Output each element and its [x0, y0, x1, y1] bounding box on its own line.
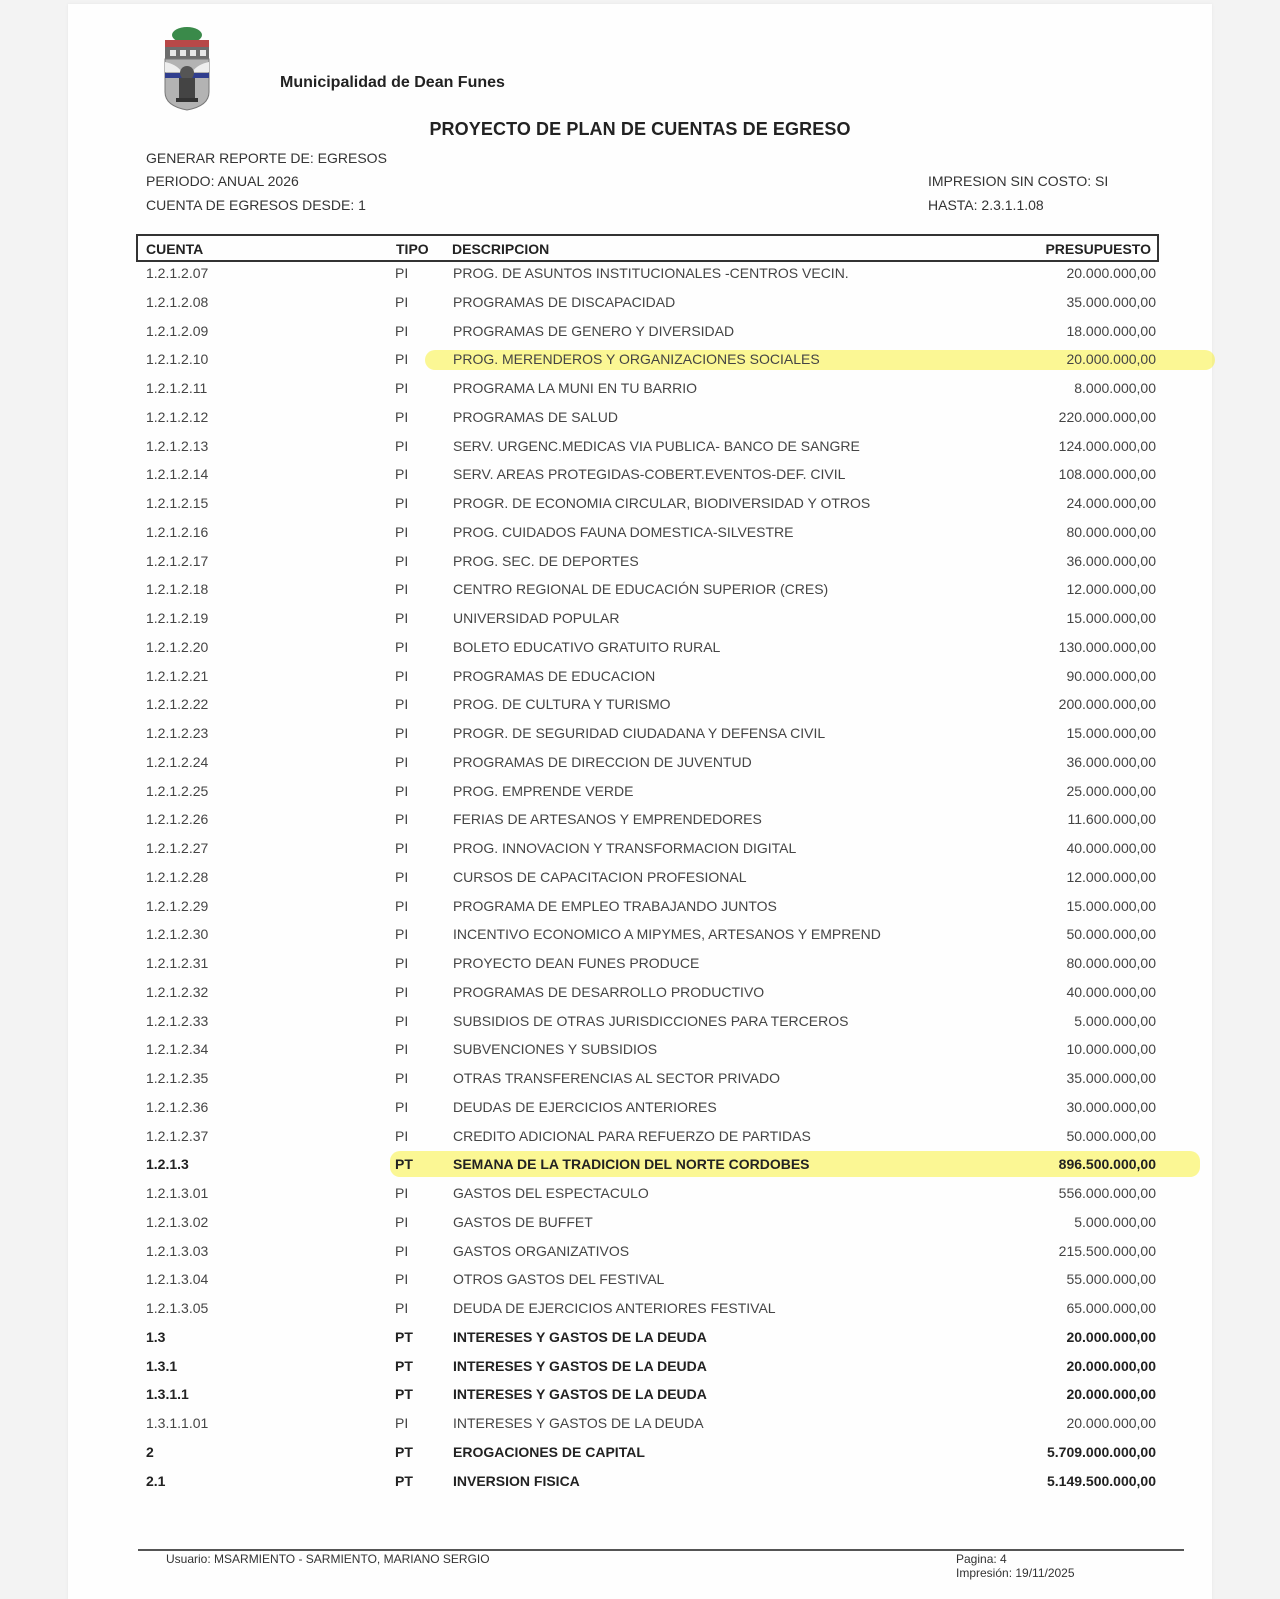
cell-presupuesto: 65.000.000,00 [1066, 1300, 1156, 1316]
cell-descripcion: PROGRAMAS DE GENERO Y DIVERSIDAD [453, 323, 734, 339]
cell-descripcion: PROG. EMPRENDE VERDE [453, 783, 633, 799]
table-row: 1.2.1.3.03PIGASTOS ORGANIZATIVOS215.500.… [0, 1240, 1280, 1269]
cell-cuenta: 1.2.1.2.35 [146, 1070, 208, 1086]
cell-tipo: PI [395, 1041, 408, 1057]
cell-tipo: PI [395, 984, 408, 1000]
cell-descripcion: INTERESES Y GASTOS DE LA DEUDA [453, 1358, 707, 1374]
cell-cuenta: 1.2.1.3 [146, 1156, 189, 1172]
table-row: 1.2.1.2.33PISUBSIDIOS DE OTRAS JURISDICC… [0, 1010, 1280, 1039]
cell-tipo: PI [395, 955, 408, 971]
table-row: 1.3.1.1.01PIINTERESES Y GASTOS DE LA DEU… [0, 1412, 1280, 1441]
cell-descripcion: DEUDAS DE EJERCICIOS ANTERIORES [453, 1099, 717, 1115]
cell-tipo: PI [395, 1013, 408, 1029]
cell-presupuesto: 5.000.000,00 [1074, 1214, 1156, 1230]
cell-descripcion: PROGR. DE ECONOMIA CIRCULAR, BIODIVERSID… [453, 495, 870, 511]
cell-cuenta: 1.2.1.2.08 [146, 294, 208, 310]
cell-presupuesto: 15.000.000,00 [1066, 898, 1156, 914]
cell-cuenta: 1.2.1.2.09 [146, 323, 208, 339]
cell-descripcion: PROGRAMAS DE EDUCACION [453, 668, 655, 684]
cell-presupuesto: 20.000.000,00 [1066, 1415, 1156, 1431]
cell-cuenta: 1.2.1.2.07 [146, 265, 208, 281]
cell-presupuesto: 215.500.000,00 [1059, 1243, 1156, 1259]
cell-presupuesto: 20.000.000,00 [1066, 351, 1156, 367]
cell-tipo: PI [395, 754, 408, 770]
cell-descripcion: INCENTIVO ECONOMICO A MIPYMES, ARTESANOS… [453, 926, 881, 942]
cell-descripcion: INTERESES Y GASTOS DE LA DEUDA [453, 1329, 707, 1345]
cell-descripcion: GASTOS DE BUFFET [453, 1214, 593, 1230]
table-row: 1.2.1.2.22PIPROG. DE CULTURA Y TURISMO20… [0, 693, 1280, 722]
cell-presupuesto: 5.709.000.000,00 [1047, 1444, 1156, 1460]
cell-descripcion: SUBSIDIOS DE OTRAS JURISDICCIONES PARA T… [453, 1013, 848, 1029]
cell-descripcion: OTRAS TRANSFERENCIAS AL SECTOR PRIVADO [453, 1070, 780, 1086]
cell-cuenta: 2 [146, 1444, 154, 1460]
cell-presupuesto: 80.000.000,00 [1066, 524, 1156, 540]
cell-presupuesto: 18.000.000,00 [1066, 323, 1156, 339]
column-header-presupuesto: PRESUPUESTO [1045, 241, 1151, 257]
cell-presupuesto: 80.000.000,00 [1066, 955, 1156, 971]
cell-presupuesto: 40.000.000,00 [1066, 840, 1156, 856]
cell-tipo: PI [395, 811, 408, 827]
cell-tipo: PI [395, 783, 408, 799]
cell-cuenta: 1.2.1.2.10 [146, 351, 208, 367]
report-title: PROYECTO DE PLAN DE CUENTAS DE EGRESO [0, 119, 1280, 140]
cell-tipo: PI [395, 668, 408, 684]
table-row: 1.2.1.2.24PIPROGRAMAS DE DIRECCION DE JU… [0, 751, 1280, 780]
cell-cuenta: 1.3 [146, 1329, 165, 1345]
cell-tipo: PI [395, 581, 408, 597]
cell-tipo: PI [395, 265, 408, 281]
cell-descripcion: BOLETO EDUCATIVO GRATUITO RURAL [453, 639, 720, 655]
cell-tipo: PI [395, 524, 408, 540]
cell-cuenta: 1.2.1.2.13 [146, 438, 208, 454]
cell-tipo: PI [395, 926, 408, 942]
cell-presupuesto: 24.000.000,00 [1066, 495, 1156, 511]
table-row: 1.2.1.2.13PISERV. URGENC.MEDICAS VIA PUB… [0, 435, 1280, 464]
cell-tipo: PT [395, 1386, 413, 1402]
cell-descripcion: PROGRAMA DE EMPLEO TRABAJANDO JUNTOS [453, 898, 777, 914]
column-header-tipo: TIPO [396, 241, 429, 257]
cell-cuenta: 1.2.1.2.16 [146, 524, 208, 540]
cell-descripcion: PROGRAMA LA MUNI EN TU BARRIO [453, 380, 697, 396]
cell-presupuesto: 90.000.000,00 [1066, 668, 1156, 684]
report-period: PERIODO: ANUAL 2026 [146, 173, 299, 189]
cell-cuenta: 1.2.1.2.19 [146, 610, 208, 626]
cell-descripcion: GASTOS ORGANIZATIVOS [453, 1243, 629, 1259]
table-row: 1.2.1.2.17PIPROG. SEC. DE DEPORTES36.000… [0, 550, 1280, 579]
cell-descripcion: SERV. URGENC.MEDICAS VIA PUBLICA- BANCO … [453, 438, 860, 454]
table-row: 1.2.1.2.07PIPROG. DE ASUNTOS INSTITUCION… [0, 262, 1280, 291]
table-row: 1.2.1.3.04PIOTROS GASTOS DEL FESTIVAL55.… [0, 1268, 1280, 1297]
cell-tipo: PT [395, 1473, 413, 1489]
table-row: 1.2.1.2.19PIUNIVERSIDAD POPULAR15.000.00… [0, 607, 1280, 636]
cell-cuenta: 1.2.1.2.27 [146, 840, 208, 856]
cell-tipo: PI [395, 553, 408, 569]
table-row: 1.2.1.3.05PIDEUDA DE EJERCICIOS ANTERIOR… [0, 1297, 1280, 1326]
municipal-coat-of-arms-icon [162, 26, 212, 112]
cell-cuenta: 1.2.1.3.04 [146, 1271, 208, 1287]
cell-cuenta: 1.2.1.2.36 [146, 1099, 208, 1115]
cell-tipo: PI [395, 1070, 408, 1086]
cell-tipo: PI [395, 380, 408, 396]
cell-presupuesto: 50.000.000,00 [1066, 1128, 1156, 1144]
table-row: 1.2.1.2.12PIPROGRAMAS DE SALUD220.000.00… [0, 406, 1280, 435]
cell-tipo: PT [395, 1444, 413, 1460]
cell-presupuesto: 35.000.000,00 [1066, 1070, 1156, 1086]
table-row: 1.2.1.2.09PIPROGRAMAS DE GENERO Y DIVERS… [0, 320, 1280, 349]
table-row: 1.2.1.2.28PICURSOS DE CAPACITACION PROFE… [0, 866, 1280, 895]
cell-presupuesto: 20.000.000,00 [1066, 265, 1156, 281]
cell-presupuesto: 12.000.000,00 [1066, 869, 1156, 885]
table-row: 1.2.1.3.02PIGASTOS DE BUFFET5.000.000,00 [0, 1211, 1280, 1240]
cell-tipo: PI [395, 294, 408, 310]
cell-tipo: PI [395, 351, 408, 367]
cell-cuenta: 1.2.1.3.01 [146, 1185, 208, 1201]
cell-presupuesto: 36.000.000,00 [1066, 754, 1156, 770]
organization-name: Municipalidad de Dean Funes [280, 74, 505, 92]
cell-descripcion: PROYECTO DEAN FUNES PRODUCE [453, 955, 699, 971]
cell-descripcion: GASTOS DEL ESPECTACULO [453, 1185, 649, 1201]
table-row: 1.3PTINTERESES Y GASTOS DE LA DEUDA20.00… [0, 1326, 1280, 1355]
table-row: 1.2.1.2.10PIPROG. MERENDEROS Y ORGANIZAC… [0, 348, 1280, 377]
table-row: 1.2.1.2.27PIPROG. INNOVACION Y TRANSFORM… [0, 837, 1280, 866]
cell-cuenta: 1.3.1 [146, 1358, 177, 1374]
cell-presupuesto: 108.000.000,00 [1059, 466, 1156, 482]
cell-descripcion: DEUDA DE EJERCICIOS ANTERIORES FESTIVAL [453, 1300, 776, 1316]
cell-cuenta: 1.3.1.1 [146, 1386, 189, 1402]
cell-tipo: PI [395, 696, 408, 712]
cell-presupuesto: 220.000.000,00 [1059, 409, 1156, 425]
cell-descripcion: EROGACIONES DE CAPITAL [453, 1444, 645, 1460]
table-row: 1.2.1.2.14PISERV. AREAS PROTEGIDAS-COBER… [0, 463, 1280, 492]
cell-cuenta: 1.2.1.2.29 [146, 898, 208, 914]
cell-cuenta: 1.2.1.2.28 [146, 869, 208, 885]
table-row: 1.2.1.2.21PIPROGRAMAS DE EDUCACION90.000… [0, 665, 1280, 694]
table-row: 1.2.1.3PTSEMANA DE LA TRADICION DEL NORT… [0, 1153, 1280, 1182]
table-row: 1.3.1.1PTINTERESES Y GASTOS DE LA DEUDA2… [0, 1383, 1280, 1412]
cell-cuenta: 1.2.1.3.02 [146, 1214, 208, 1230]
cell-descripcion: PROGRAMAS DE DESARROLLO PRODUCTIVO [453, 984, 764, 1000]
cell-descripcion: PROGRAMAS DE DISCAPACIDAD [453, 294, 675, 310]
cell-descripcion: PROGRAMAS DE SALUD [453, 409, 618, 425]
cell-cuenta: 1.2.1.3.03 [146, 1243, 208, 1259]
cell-cuenta: 1.2.1.2.32 [146, 984, 208, 1000]
cell-tipo: PT [395, 1329, 413, 1345]
cell-tipo: PI [395, 409, 408, 425]
cell-tipo: PI [395, 898, 408, 914]
cell-presupuesto: 5.000.000,00 [1074, 1013, 1156, 1029]
cell-cuenta: 1.2.1.2.14 [146, 466, 208, 482]
cell-descripcion: PROGRAMAS DE DIRECCION DE JUVENTUD [453, 754, 752, 770]
free-print-flag: IMPRESION SIN COSTO: SI [928, 173, 1108, 189]
cell-descripcion: SERV. AREAS PROTEGIDAS-COBERT.EVENTOS-DE… [453, 466, 845, 482]
table-row: 1.2.1.2.29PIPROGRAMA DE EMPLEO TRABAJAND… [0, 895, 1280, 924]
cell-presupuesto: 20.000.000,00 [1066, 1386, 1156, 1402]
cell-tipo: PI [395, 869, 408, 885]
cell-tipo: PI [395, 1271, 408, 1287]
cell-cuenta: 1.2.1.2.25 [146, 783, 208, 799]
cell-presupuesto: 5.149.500.000,00 [1047, 1473, 1156, 1489]
table-row: 1.2.1.2.25PIPROG. EMPRENDE VERDE25.000.0… [0, 780, 1280, 809]
cell-tipo: PI [395, 323, 408, 339]
footer-print-date: Impresión: 19/11/2025 [956, 1566, 1075, 1580]
cell-cuenta: 1.2.1.3.05 [146, 1300, 208, 1316]
cell-tipo: PI [395, 840, 408, 856]
cell-cuenta: 1.2.1.2.33 [146, 1013, 208, 1029]
cell-cuenta: 1.2.1.2.31 [146, 955, 208, 971]
cell-descripcion: CENTRO REGIONAL DE EDUCACIÓN SUPERIOR (C… [453, 581, 828, 597]
cell-tipo: PT [395, 1358, 413, 1374]
cell-tipo: PI [395, 1099, 408, 1115]
cell-descripcion: FERIAS DE ARTESANOS Y EMPRENDEDORES [453, 811, 762, 827]
cell-presupuesto: 200.000.000,00 [1059, 696, 1156, 712]
cell-presupuesto: 15.000.000,00 [1066, 725, 1156, 741]
table-row: 1.2.1.2.30PIINCENTIVO ECONOMICO A MIPYME… [0, 923, 1280, 952]
cell-cuenta: 1.2.1.2.23 [146, 725, 208, 741]
cell-descripcion: SUBVENCIONES Y SUBSIDIOS [453, 1041, 657, 1057]
footer-divider [138, 1549, 1184, 1551]
cell-tipo: PI [395, 438, 408, 454]
cell-descripcion: PROG. MERENDEROS Y ORGANIZACIONES SOCIAL… [453, 351, 820, 367]
cell-presupuesto: 11.600.000,00 [1068, 811, 1157, 827]
cell-descripcion: UNIVERSIDAD POPULAR [453, 610, 619, 626]
table-row: 1.2.1.2.37PICREDITO ADICIONAL PARA REFUE… [0, 1125, 1280, 1154]
table-row: 1.2.1.2.15PIPROGR. DE ECONOMIA CIRCULAR,… [0, 492, 1280, 521]
cell-cuenta: 1.2.1.2.22 [146, 696, 208, 712]
report-type: GENERAR REPORTE DE: EGRESOS [146, 150, 387, 166]
cell-descripcion: PROGR. DE SEGURIDAD CIUDADANA Y DEFENSA … [453, 725, 825, 741]
cell-cuenta: 1.2.1.2.20 [146, 639, 208, 655]
cell-presupuesto: 130.000.000,00 [1059, 639, 1156, 655]
cell-cuenta: 1.3.1.1.01 [146, 1415, 208, 1431]
cell-presupuesto: 50.000.000,00 [1066, 926, 1156, 942]
cell-tipo: PI [395, 1415, 408, 1431]
cell-descripcion: PROG. INNOVACION Y TRANSFORMACION DIGITA… [453, 840, 796, 856]
cell-presupuesto: 55.000.000,00 [1066, 1271, 1156, 1287]
footer-user: Usuario: MSARMIENTO - SARMIENTO, MARIANO… [166, 1552, 490, 1566]
cell-descripcion: OTROS GASTOS DEL FESTIVAL [453, 1271, 664, 1287]
cell-cuenta: 1.2.1.2.34 [146, 1041, 208, 1057]
cell-cuenta: 1.2.1.2.15 [146, 495, 208, 511]
cell-cuenta: 1.2.1.2.24 [146, 754, 208, 770]
cell-presupuesto: 15.000.000,00 [1066, 610, 1156, 626]
cell-tipo: PI [395, 639, 408, 655]
cell-cuenta: 1.2.1.2.17 [146, 553, 208, 569]
cell-descripcion: CREDITO ADICIONAL PARA REFUERZO DE PARTI… [453, 1128, 811, 1144]
cell-tipo: PI [395, 1214, 408, 1230]
cell-cuenta: 1.2.1.2.21 [146, 668, 208, 684]
table-row: 1.2.1.2.36PIDEUDAS DE EJERCICIOS ANTERIO… [0, 1096, 1280, 1125]
cell-presupuesto: 20.000.000,00 [1066, 1358, 1156, 1374]
table-row: 1.2.1.2.31PIPROYECTO DEAN FUNES PRODUCE8… [0, 952, 1280, 981]
footer-page-number: Pagina: 4 [956, 1552, 1007, 1566]
cell-tipo: PI [395, 466, 408, 482]
cell-presupuesto: 30.000.000,00 [1066, 1099, 1156, 1115]
cell-presupuesto: 10.000.000,00 [1066, 1041, 1156, 1057]
cell-presupuesto: 124.000.000,00 [1059, 438, 1156, 454]
cell-descripcion: INTERESES Y GASTOS DE LA DEUDA [453, 1386, 707, 1402]
table-row: 1.2.1.2.23PIPROGR. DE SEGURIDAD CIUDADAN… [0, 722, 1280, 751]
cell-descripcion: SEMANA DE LA TRADICION DEL NORTE CORDOBE… [453, 1156, 810, 1172]
table-row: 2PTEROGACIONES DE CAPITAL5.709.000.000,0… [0, 1441, 1280, 1470]
column-header-cuenta: CUENTA [146, 241, 203, 257]
cell-cuenta: 1.2.1.2.30 [146, 926, 208, 942]
table-row: 1.2.1.3.01PIGASTOS DEL ESPECTACULO556.00… [0, 1182, 1280, 1211]
cell-tipo: PI [395, 725, 408, 741]
cell-cuenta: 1.2.1.2.26 [146, 811, 208, 827]
cell-cuenta: 1.2.1.2.11 [146, 380, 207, 396]
cell-presupuesto: 12.000.000,00 [1066, 581, 1156, 597]
cell-cuenta: 1.2.1.2.18 [146, 581, 208, 597]
cell-presupuesto: 8.000.000,00 [1074, 380, 1156, 396]
table-row: 1.2.1.2.26PIFERIAS DE ARTESANOS Y EMPREN… [0, 808, 1280, 837]
cell-tipo: PI [395, 1128, 408, 1144]
cell-cuenta: 1.2.1.2.37 [146, 1128, 208, 1144]
cell-descripcion: PROG. DE CULTURA Y TURISMO [453, 696, 671, 712]
table-row: 1.2.1.2.34PISUBVENCIONES Y SUBSIDIOS10.0… [0, 1038, 1280, 1067]
cell-tipo: PI [395, 495, 408, 511]
table-row: 1.2.1.2.16PIPROG. CUIDADOS FAUNA DOMESTI… [0, 521, 1280, 550]
table-header: CUENTA TIPO DESCRIPCION PRESUPUESTO [136, 234, 1159, 262]
cell-tipo: PI [395, 1185, 408, 1201]
cell-descripcion: INTERESES Y GASTOS DE LA DEUDA [453, 1415, 704, 1431]
cell-presupuesto: 25.000.000,00 [1066, 783, 1156, 799]
table-row: 2.1PTINVERSION FISICA5.149.500.000,00 [0, 1470, 1280, 1499]
table-row: 1.2.1.2.35PIOTRAS TRANSFERENCIAS AL SECT… [0, 1067, 1280, 1096]
cell-presupuesto: 36.000.000,00 [1066, 553, 1156, 569]
cell-descripcion: INVERSION FISICA [453, 1473, 580, 1489]
cell-presupuesto: 35.000.000,00 [1066, 294, 1156, 310]
cell-cuenta: 2.1 [146, 1473, 165, 1489]
column-header-descripcion: DESCRIPCION [452, 241, 549, 257]
cell-presupuesto: 40.000.000,00 [1066, 984, 1156, 1000]
cell-tipo: PT [395, 1156, 413, 1172]
table-row: 1.2.1.2.32PIPROGRAMAS DE DESARROLLO PROD… [0, 981, 1280, 1010]
table-row: 1.2.1.2.18PICENTRO REGIONAL DE EDUCACIÓN… [0, 578, 1280, 607]
account-range-to: HASTA: 2.3.1.1.08 [928, 197, 1044, 213]
cell-presupuesto: 896.500.000,00 [1059, 1156, 1156, 1172]
table-row: 1.3.1PTINTERESES Y GASTOS DE LA DEUDA20.… [0, 1355, 1280, 1384]
table-row: 1.2.1.2.20PIBOLETO EDUCATIVO GRATUITO RU… [0, 636, 1280, 665]
cell-descripcion: PROG. SEC. DE DEPORTES [453, 553, 639, 569]
cell-cuenta: 1.2.1.2.12 [146, 409, 208, 425]
cell-descripcion: CURSOS DE CAPACITACION PROFESIONAL [453, 869, 747, 885]
cell-tipo: PI [395, 1300, 408, 1316]
cell-presupuesto: 556.000.000,00 [1059, 1185, 1156, 1201]
account-range-from: CUENTA DE EGRESOS DESDE: 1 [146, 197, 366, 213]
cell-presupuesto: 20.000.000,00 [1066, 1329, 1156, 1345]
cell-tipo: PI [395, 610, 408, 626]
cell-descripcion: PROG. CUIDADOS FAUNA DOMESTICA-SILVESTRE [453, 524, 793, 540]
cell-tipo: PI [395, 1243, 408, 1259]
table-row: 1.2.1.2.08PIPROGRAMAS DE DISCAPACIDAD35.… [0, 291, 1280, 320]
cell-descripcion: PROG. DE ASUNTOS INSTITUCIONALES -CENTRO… [453, 265, 849, 281]
table-row: 1.2.1.2.11PIPROGRAMA LA MUNI EN TU BARRI… [0, 377, 1280, 406]
